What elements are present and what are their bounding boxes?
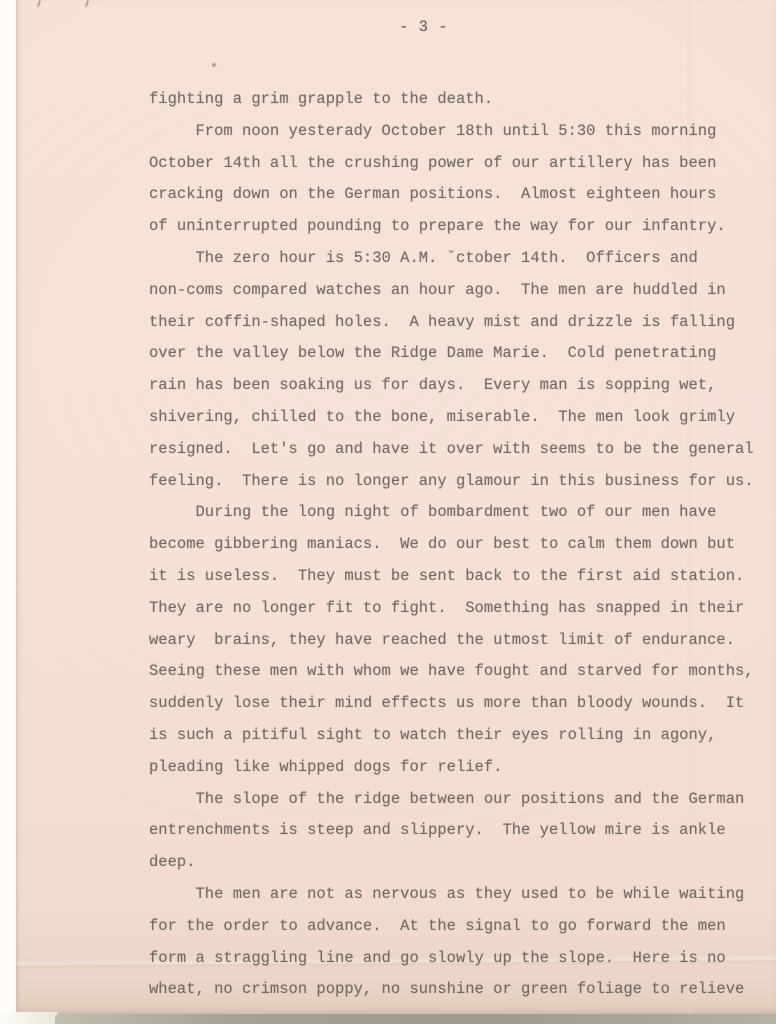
typed-line: fighting a grim grapple to the death. (149, 84, 772, 116)
typed-line: shivering, chilled to the bone, miserabl… (149, 402, 772, 434)
typed-line: October 14th all the crushing power of o… (149, 148, 772, 180)
typed-line: The slope of the ridge between our posit… (149, 784, 772, 816)
typed-line: feeling. There is no longer any glamour … (149, 466, 772, 498)
page-number: - 3 - (399, 18, 448, 36)
typed-line: over the valley below the Ridge Dame Mar… (149, 338, 772, 370)
typed-line: entrenchments is steep and slippery. The… (149, 815, 772, 847)
page-bottom-edge-shadow (55, 1014, 776, 1024)
staple-hole-mark (37, 0, 41, 7)
typed-line: deep. (149, 847, 772, 879)
typed-line: weary brains, they have reached the utmo… (149, 625, 772, 657)
typed-line: is such a pitiful sight to watch their e… (149, 720, 772, 752)
typed-line: cracking down on the German positions. A… (149, 179, 772, 211)
ink-speck (212, 63, 216, 67)
typed-line: The zero hour is 5:30 A.M. ˇctober 14th.… (149, 243, 772, 275)
typed-line: their coffin-shaped holes. A heavy mist … (149, 307, 772, 339)
page-bottom-left-gap (0, 1012, 58, 1024)
typed-line: resigned. Let's go and have it over with… (149, 434, 772, 466)
typed-line: form a straggling line and go slowly up … (149, 943, 772, 975)
typed-line: Seeing these men with whom we have fough… (149, 656, 772, 688)
typed-line: pleading like whipped dogs for relief. (149, 752, 772, 784)
typed-text-block: fighting a grim grapple to the death. Fr… (149, 84, 772, 1006)
typed-line: wheat, no crimson poppy, no sunshine or … (149, 974, 772, 1006)
typed-line: of uninterrupted pounding to prepare the… (149, 211, 772, 243)
typed-line: From noon yesterady October 18th until 5… (149, 116, 772, 148)
staple-hole-mark (85, 0, 89, 7)
typed-line: suddenly lose their mind effects us more… (149, 688, 772, 720)
typed-line: become gibbering maniacs. We do our best… (149, 529, 772, 561)
typed-line: it is useless. They must be sent back to… (149, 561, 772, 593)
typed-line: The men are not as nervous as they used … (149, 879, 772, 911)
typed-line: During the long night of bombardment two… (149, 497, 772, 529)
typewritten-page: - 3 - fighting a grim grapple to the dea… (16, 0, 776, 1015)
typed-line: They are no longer fit to fight. Somethi… (149, 593, 772, 625)
typed-line: rain has been soaking us for days. Every… (149, 370, 772, 402)
typed-line: for the order to advance. At the signal … (149, 911, 772, 943)
typed-line: non-coms compared watches an hour ago. T… (149, 275, 772, 307)
